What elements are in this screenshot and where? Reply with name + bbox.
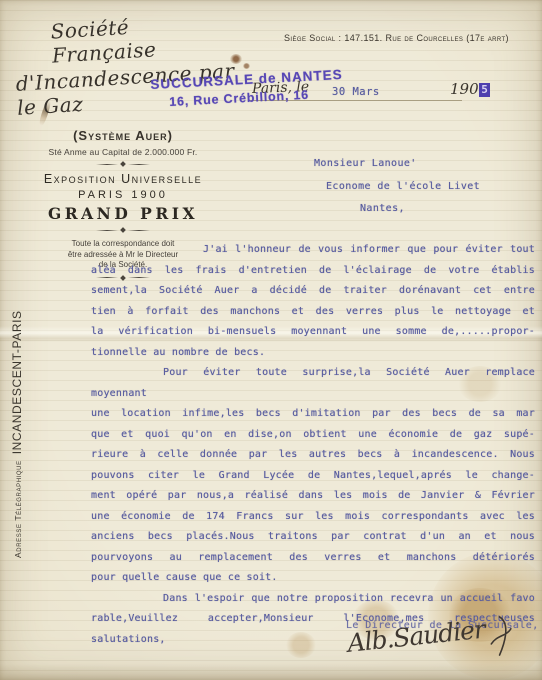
telegraph-address: Adresse TélégraphiqueINCANDESCENT-PARIS (8, 310, 26, 558)
recipient-name: Monsieur Lanoue' (314, 153, 480, 176)
ornament-line (128, 164, 150, 165)
paris-1900-line: PARIS 1900 (12, 189, 234, 201)
body-paragraph-2: Pour éviter toute surprise,la Société Au… (91, 363, 535, 589)
recipient-block: Monsieur Lanoue' Econome de l'école Live… (314, 153, 480, 221)
telegraph-name: INCANDESCENT-PARIS (10, 310, 24, 454)
ornament-line (128, 230, 150, 231)
ornament-diamond-icon (120, 227, 126, 233)
system-auer-label: (Système Auer) (12, 128, 234, 143)
grand-prix-line: GRAND PRIX (12, 204, 234, 223)
printed-year: 190 (450, 80, 479, 98)
signature-paraph-icon (485, 614, 515, 660)
recipient-title: Econome de l'école Livet (326, 176, 480, 199)
telegraph-label: Adresse Télégraphique (13, 460, 23, 558)
ornament-divider (12, 162, 234, 166)
page-edge-shading (0, 664, 542, 680)
stain (243, 63, 250, 69)
company-name-line1: Société Française (50, 8, 237, 67)
exposition-line: Exposition Universelle (12, 172, 234, 186)
letter-page: Société Française d'Incandescence par le… (0, 0, 542, 680)
ornament-line (96, 230, 118, 231)
capital-line: Sté Anme au Capital de 2.000.000 Fr. (12, 147, 234, 157)
letter-body: J'ai l'honneur de vous informer que pour… (91, 240, 535, 650)
recipient-city: Nantes, (360, 198, 480, 221)
ornament-line (96, 164, 118, 165)
stamped-year-digit: 5 (479, 83, 490, 97)
ornament-divider (12, 228, 234, 232)
body-paragraph-1: J'ai l'honneur de vous informer que pour… (91, 240, 535, 363)
ornament-diamond-icon (120, 161, 126, 167)
siege-social-line: Siège Social : 147.151. Rue de Courcelle… (284, 33, 509, 43)
